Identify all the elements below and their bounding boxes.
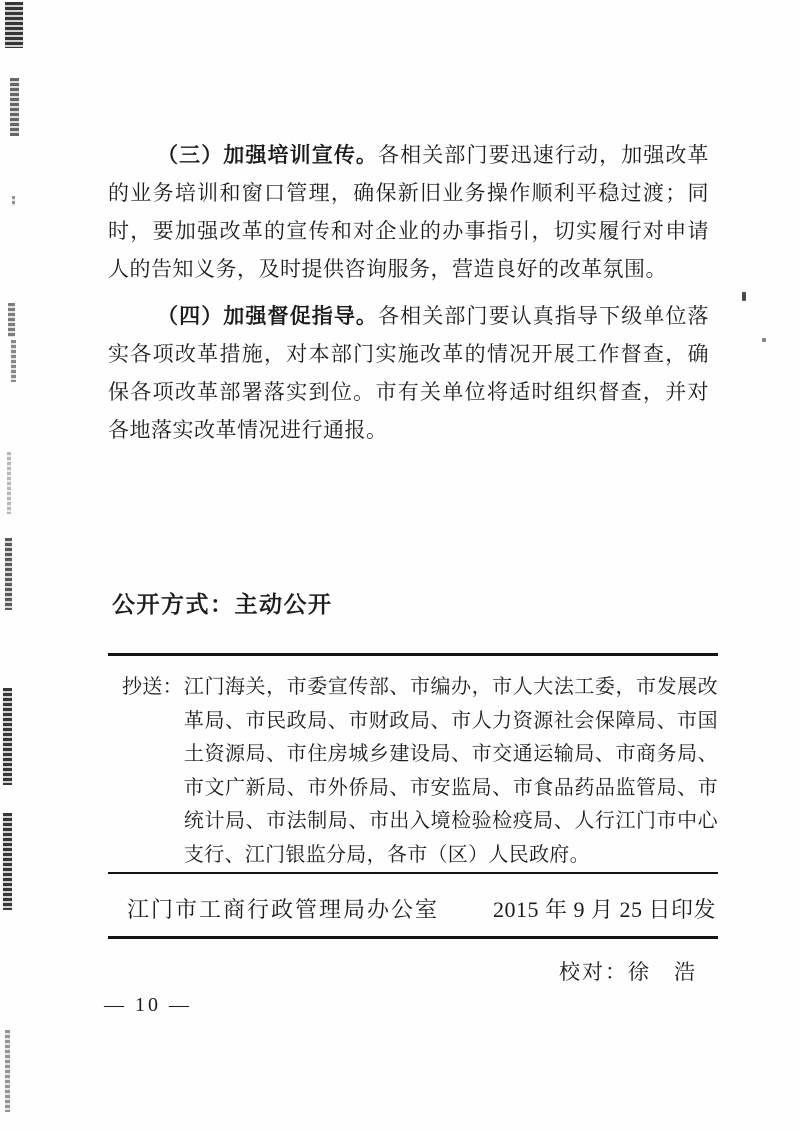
scan-speck [762,338,766,342]
divider-middle [108,872,718,874]
scan-artifact [8,303,15,337]
paragraph-training-publicity: （三）加强培训宣传。各相关部门要迅速行动，加强改革的业务培训和窗口管理，确保新旧… [108,136,709,288]
page-number: — 10 — [104,994,192,1017]
divider-bottom [108,936,718,939]
paragraph-supervision-guidance: （四）加强督促指导。各相关部门要认真指导下级单位落实各项改革措施，对本部门实施改… [108,297,709,449]
proofreader-line: 校对：徐 浩 [559,956,697,986]
paragraph-heading: （三）加强培训宣传。 [157,143,378,167]
disclosure-line: 公开方式：主动公开 [112,586,333,619]
divider-top [108,653,718,656]
print-date: 2015 年 9 月 25 日印发 [493,893,716,924]
paragraph-heading: （四）加强督促指导。 [157,304,378,328]
cc-block: 抄送： 江门海关，市委宣传部、市编办，市人大法工委，市发展改革局、市民政局、市财… [122,671,718,872]
issuer-row: 江门市工商行政管理局办公室 2015 年 9 月 25 日印发 [127,893,716,924]
scan-artifact [12,196,15,206]
document-page: （三）加强培训宣传。各相关部门要迅速行动，加强改革的业务培训和窗口管理，确保新旧… [0,0,800,1131]
scan-artifact [5,538,12,610]
cc-label: 抄送： [122,671,183,872]
scan-artifact [3,688,12,785]
issuer-office: 江门市工商行政管理局办公室 [127,893,439,924]
scan-artifact [5,2,23,48]
scan-artifact [5,1030,10,1112]
cc-list: 江门海关，市委宣传部、市编办，市人大法工委，市发展改革局、市民政局、市财政局、市… [184,671,718,872]
scan-artifact [11,340,16,382]
scan-artifact [10,78,19,136]
scan-speck [742,292,746,301]
scan-artifact [7,452,11,514]
document-body: （三）加强培训宣传。各相关部门要迅速行动，加强改革的业务培训和窗口管理，确保新旧… [108,136,709,449]
scan-artifact [3,813,12,910]
